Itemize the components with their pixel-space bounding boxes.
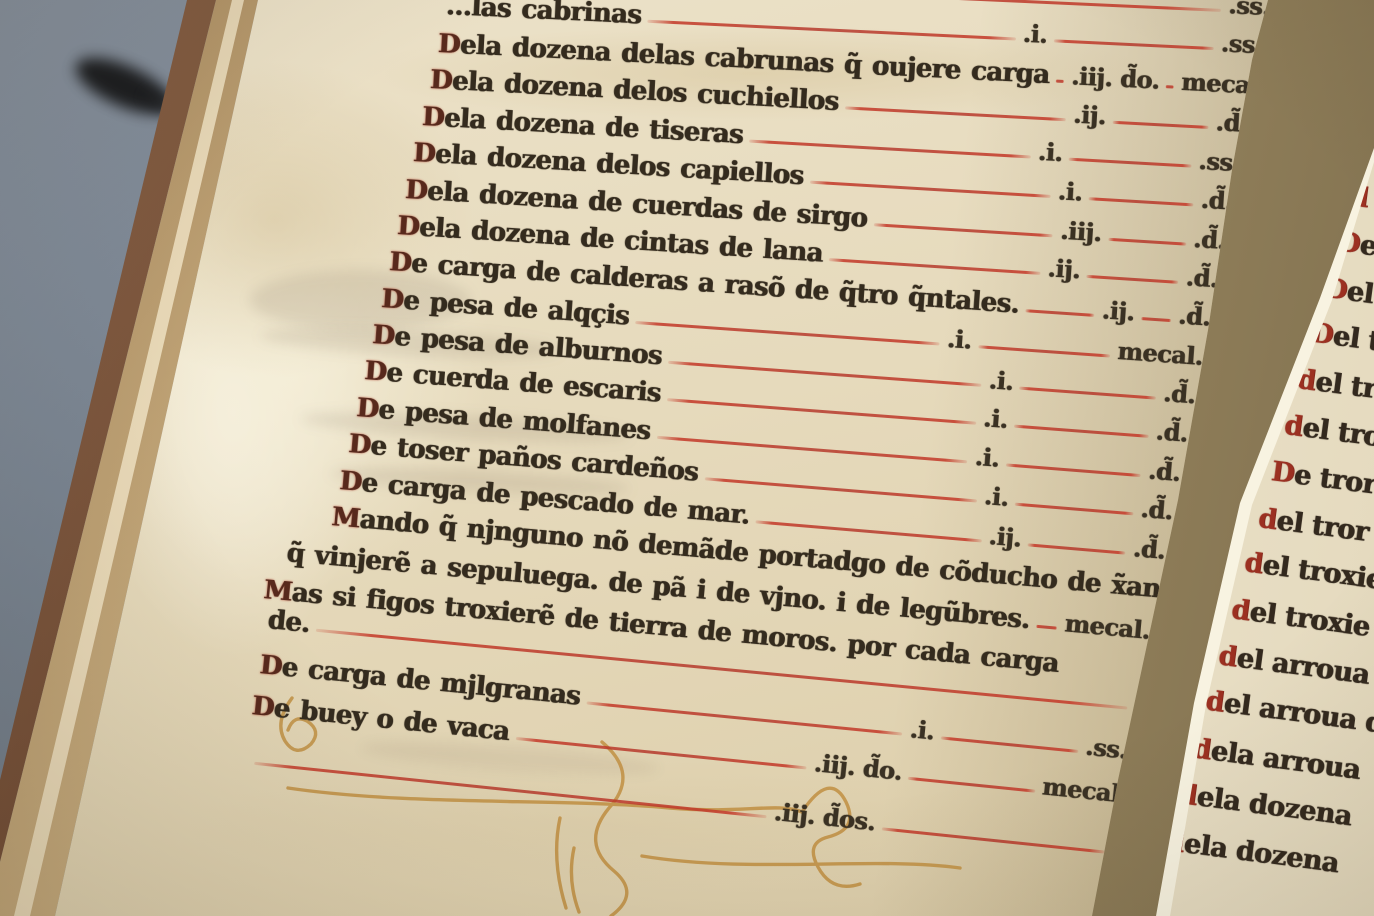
row-value: .i.	[973, 439, 1000, 477]
row-value: .ij.	[1046, 250, 1081, 288]
rubricated-initial: D	[421, 102, 445, 133]
facing-page-line: del troxie	[1243, 547, 1374, 596]
row-unit: .d̃.	[1162, 375, 1197, 413]
row-unit: .d̃.	[1185, 259, 1219, 297]
red-rule-line	[1027, 544, 1125, 555]
row-value: .iij. d̃o.	[1070, 58, 1160, 98]
facing-page-line: del tr	[1296, 364, 1374, 405]
row-unit: .d̃.	[1132, 530, 1167, 569]
red-rule-line	[1069, 158, 1191, 168]
row-unit: mecal.	[1116, 333, 1204, 375]
red-rule-line	[1141, 317, 1171, 322]
rubricated-initial: D	[355, 393, 379, 425]
rubricated-initial: D	[1269, 456, 1296, 490]
red-rule-line	[1166, 86, 1174, 89]
row-value: .ij.	[1101, 292, 1136, 330]
red-rule-line	[908, 777, 1035, 792]
red-rule-line	[1005, 464, 1140, 477]
row-value: .i.	[946, 321, 973, 359]
rubricated-initial: d	[1256, 503, 1278, 536]
rubricated-initial: D	[258, 650, 283, 682]
row-value: .i.	[908, 711, 936, 749]
rubricated-initial: D	[380, 284, 404, 315]
facing-page-line: De tror	[1269, 456, 1374, 500]
rubricated-initial: D	[347, 429, 371, 461]
rubricated-initial: D	[396, 211, 420, 242]
row-value: .i.	[1037, 134, 1063, 171]
rubricated-initial: D	[404, 175, 428, 206]
red-rule-line	[1015, 503, 1134, 515]
rubricated-initial: D	[429, 65, 453, 96]
facing-page-line: del arroua d	[1204, 685, 1374, 739]
facing-page-line: del arroua	[1217, 640, 1372, 691]
row-unit: .d̃.	[1147, 453, 1182, 491]
facing-page-line: del tro	[1282, 410, 1374, 453]
row-value: .iij.	[1059, 213, 1102, 251]
row-value: .ij.	[1072, 97, 1106, 135]
red-rule-line	[829, 259, 1040, 275]
red-rule-line	[1108, 238, 1186, 245]
red-rule-line	[1054, 40, 1214, 50]
row-unit: mecal.	[1063, 605, 1151, 649]
red-rule-line	[1020, 387, 1156, 400]
rubricated-initial: D	[338, 466, 362, 498]
rubricated-initial: D	[371, 320, 395, 352]
red-rule-line	[940, 737, 1078, 753]
facing-page-line: dela dozena	[1164, 826, 1341, 879]
red-rule-line	[845, 107, 1066, 121]
facing-page-line: dela dozena	[1177, 779, 1354, 832]
rubricated-initial: M	[330, 502, 361, 534]
red-rule-line	[1089, 198, 1194, 207]
row-value: .i.	[1057, 173, 1083, 210]
facing-page-line: del troxie	[1230, 594, 1372, 643]
red-rule-line	[1014, 425, 1148, 438]
manuscript-photo: dDeDelDel tdel trdel troDe trordel trord…	[0, 0, 1374, 916]
rubricated-initial: d	[1243, 547, 1265, 580]
red-rule-line	[1112, 121, 1208, 129]
row-value: .i.	[983, 478, 1010, 516]
row-unit: .d̃.	[1139, 491, 1174, 529]
rubricated-initial: d	[1217, 640, 1239, 673]
row-unit: .d̃.	[1177, 298, 1211, 336]
row-value: .ij.	[987, 518, 1022, 557]
facing-page-line: del tror	[1256, 503, 1370, 548]
rubricated-initial: D	[363, 356, 387, 388]
red-rule-line	[874, 224, 1053, 238]
row-text: de.	[266, 602, 311, 642]
rubricated-initial: D	[437, 29, 460, 60]
facing-page-line: dela arroua	[1190, 733, 1361, 786]
red-rule-line	[1036, 625, 1058, 630]
rubricated-initial: D	[250, 691, 275, 723]
row-value: .i.	[987, 362, 1014, 400]
rubricated-initial: D	[412, 138, 436, 169]
red-rule-line	[1025, 310, 1094, 317]
red-rule-line	[978, 346, 1110, 358]
row-value: .i.	[982, 400, 1009, 438]
red-rule-line	[810, 181, 1051, 198]
red-rule-line	[1087, 275, 1179, 284]
row-unit: .d̃.	[1154, 413, 1189, 451]
row-unit: mecal	[1040, 768, 1121, 812]
red-rule-line	[1056, 80, 1064, 83]
rubricated-initial: D	[388, 247, 412, 278]
rubricated-initial: d	[1230, 594, 1252, 627]
row-value: .i.	[1022, 16, 1048, 53]
